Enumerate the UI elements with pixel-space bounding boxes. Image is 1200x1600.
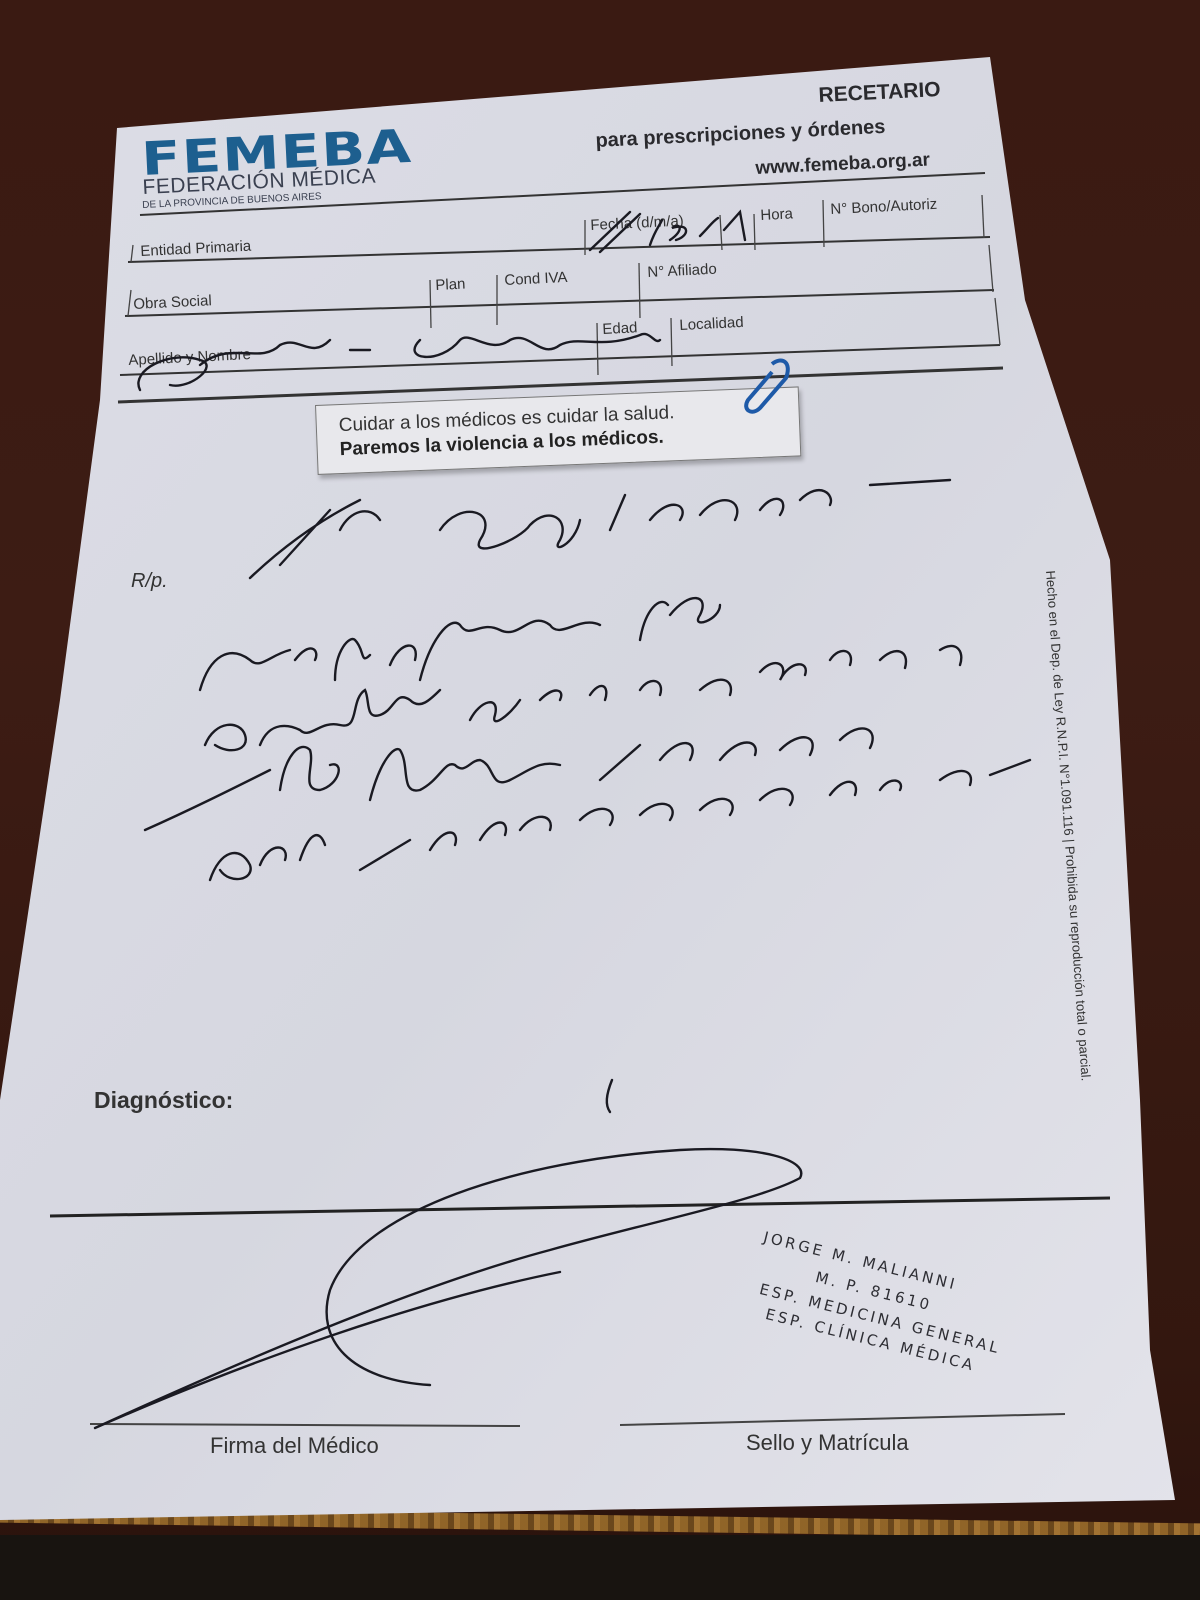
prescription-label: R/p.	[131, 570, 168, 593]
field-label-afiliado: N° Afiliado	[647, 261, 717, 281]
stamp-label: Sello y Matrícula	[746, 1430, 909, 1456]
field-label-localidad: Localidad	[679, 314, 744, 334]
field-label-cond-iva: Cond IVA	[504, 269, 568, 289]
prescription-form: FEMEBA FEDERACIÓN MÉDICA DE LA PROVINCIA…	[0, 0, 1200, 1600]
diagnosis-label: Diagnóstico:	[94, 1087, 233, 1114]
signature-label: Firma del Médico	[210, 1433, 379, 1459]
field-label-edad: Edad	[602, 319, 638, 338]
field-label-hora: Hora	[760, 205, 793, 224]
field-label-plan: Plan	[435, 276, 466, 294]
